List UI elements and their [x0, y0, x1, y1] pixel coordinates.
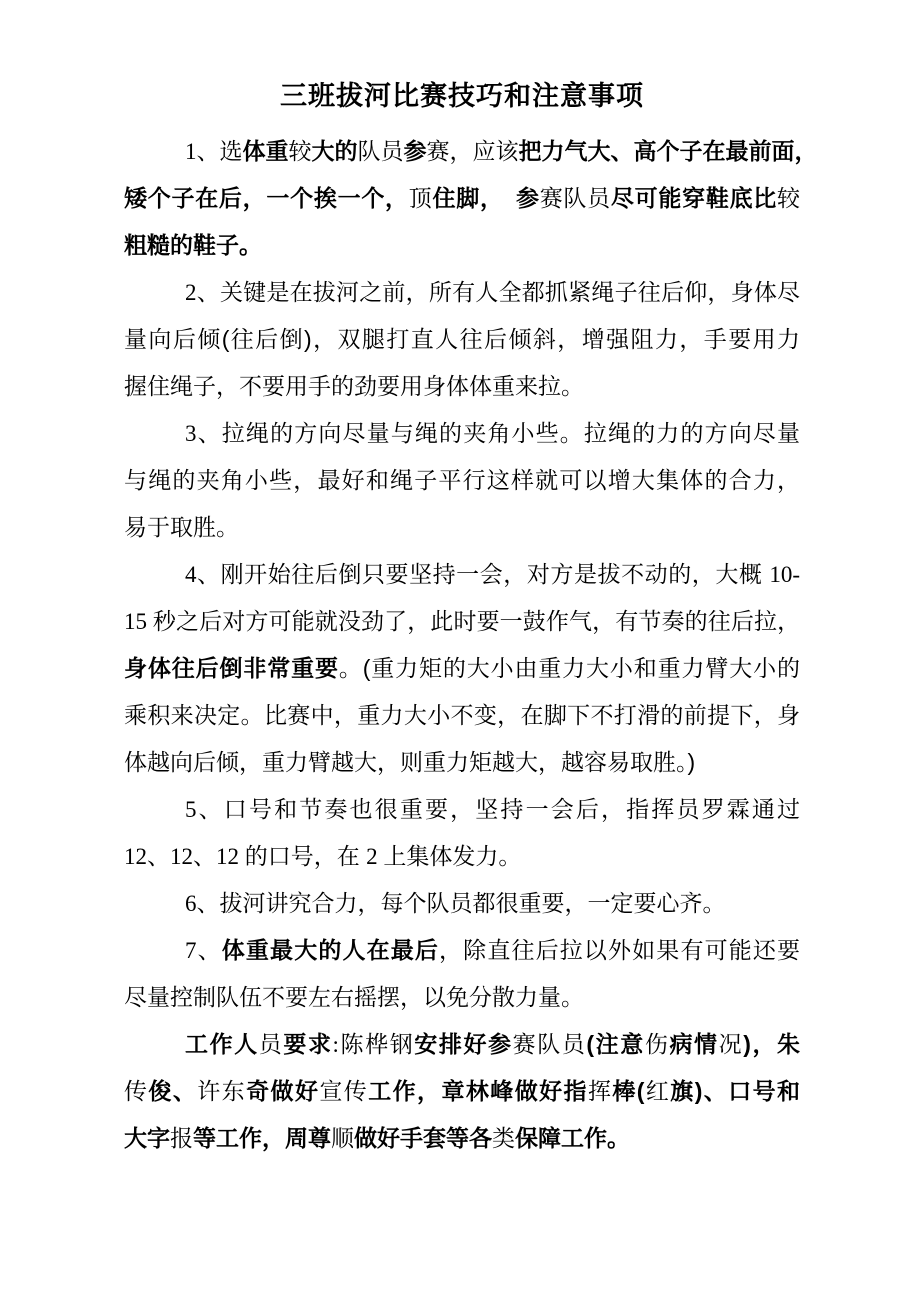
text-run: 5、 [185, 797, 224, 822]
text-run: 动 [645, 562, 669, 587]
text-run: 3、 [185, 421, 222, 446]
text-line: 工作人员要求:陈桦钢安排好参赛队员(注意伤病情况)，朱 [124, 1021, 800, 1068]
paragraph: 5、口号和节奏也很重要，坚持一会后，指挥员罗霖通过12、12、12 的口号，在 … [124, 786, 800, 880]
text-line: 3、拉绳的方向尽量与绳的夹角小些。拉绳的力的方向尽量 [124, 410, 800, 457]
text-line: 尽量控制队伍不要左右摇摆，以免分散力量。 [124, 974, 800, 1021]
text-run: 12、12、12 [124, 844, 245, 869]
text-run: 伤 [645, 1032, 670, 1057]
text-run: (注意 [586, 1031, 644, 1057]
paragraph: 4、刚开始往后倒只要坚持一会，对方是拔不动的，大概 10-15 秒之后对方可能就… [124, 551, 800, 786]
text-run: 究合力，每个 [289, 890, 427, 916]
text-run: 子往后仰，身体尽 [615, 279, 800, 305]
text-run: 的力的方向尽量 [632, 420, 800, 446]
text-run: 都很重要，一定要心 [473, 890, 680, 916]
text-line: 乘积来决定。比赛中，重力大小不变，在脚下不打滑的前提下，身 [124, 692, 800, 739]
text-line: 传俊、许东奇做好宣传工作，章林峰做好指挥棒(红旗)、口号和 [124, 1068, 800, 1115]
document-page: 三班拔河比赛技巧和注意事项 1、选体重较大的队员参赛，应该把力气大、高个子在最前… [0, 0, 920, 1302]
text-run: 倾 [508, 327, 532, 352]
text-run: ，在脚下不打滑的前提下，身 [497, 702, 800, 728]
text-run: 夹 [197, 468, 221, 493]
text-run: 过 [777, 797, 800, 822]
text-run: 。 [216, 514, 239, 540]
text-run: 体重 [243, 138, 289, 164]
text-run: 绳 [170, 374, 193, 399]
text-run: 10- [769, 562, 800, 587]
text-run: 报 [170, 1126, 193, 1151]
text-run: 的方向尽量与 [270, 420, 415, 446]
text-run: 身体往后倒非常重要 [124, 655, 339, 681]
text-run: 坚 [409, 562, 433, 587]
text-run: 胜 [193, 515, 216, 540]
text-run: 赛队员 [513, 1032, 587, 1057]
text-run: 量向后 [124, 326, 197, 352]
text-run: 持一会， [433, 561, 527, 587]
text-run: 要用身体体重来拉。 [377, 373, 584, 399]
text-run: 较 [289, 139, 312, 164]
text-run: 要求 [283, 1031, 332, 1057]
text-run: 摇摆 [354, 985, 400, 1010]
text-run: 绳 [415, 421, 439, 446]
text-run: 挥员罗 [651, 797, 726, 822]
text-run: 传 [124, 1079, 148, 1104]
text-run: 倾 [197, 327, 221, 352]
text-run: 的，大概 [668, 561, 769, 587]
text-run: 工作，章林峰做好指 [368, 1078, 588, 1104]
text-run: 角小些，最好和 [221, 467, 390, 493]
text-run: 拔河 [220, 890, 266, 916]
text-run: 保障工作。 [515, 1125, 630, 1151]
text-run: 赛 [287, 703, 310, 728]
text-run: 胜 [653, 750, 676, 775]
text-run: 拉 [222, 420, 246, 446]
text-run: 做好手套等各 [354, 1125, 492, 1151]
text-run: 的口号，在 [245, 843, 366, 869]
text-run: 员 [259, 1032, 284, 1057]
text-run: 与 [124, 467, 148, 493]
text-run: 节 [299, 797, 324, 822]
text-run: 劲 [354, 374, 377, 399]
text-run: 持一会后，指 [500, 796, 651, 822]
text-run: 绳 [608, 421, 632, 446]
text-run: 节 [638, 609, 661, 634]
text-run: 旗)、口号和 [670, 1078, 800, 1104]
text-run: 强 [606, 327, 630, 352]
text-run: 倾 [216, 750, 239, 775]
text-run: 的 [439, 420, 463, 446]
text-run: 伍不要左右 [239, 984, 354, 1010]
text-run: 粗糙的鞋子。 [124, 232, 262, 258]
text-run: 棒( [612, 1078, 644, 1104]
text-run: 则 [400, 750, 423, 775]
document-title: 三班拔河比赛技巧和注意事项 [124, 76, 800, 116]
text-run: 霖通 [727, 796, 777, 822]
text-run: 绳 [148, 468, 172, 493]
text-run: 上集体 [383, 843, 452, 869]
text-run: 重力矩越大，越容易取 [423, 749, 653, 775]
text-run: 握住 [124, 373, 170, 399]
paragraph: 工作人员要求:陈桦钢安排好参赛队员(注意伤病情况)，朱传俊、许东奇做好宣传工作，… [124, 1021, 800, 1162]
text-line: 矮个子在后，一个挨一个，顶住脚， 参赛队员尽可能穿鞋底比较 [124, 175, 800, 222]
text-run: 俊、 [148, 1078, 197, 1104]
text-run: 阻力，手要用力 [631, 326, 801, 352]
text-run: 2、 [185, 280, 220, 305]
paragraph: 2、关键是在拔河之前，所有人全都抓紧绳子往后仰，身体尽量向后倾(往后倒)，双腿打… [124, 269, 800, 410]
text-run: 挥 [588, 1079, 612, 1104]
text-line: 握住绳子，不要用手的劲要用身体体重来拉。 [124, 363, 800, 410]
text-run: 绳 [390, 468, 414, 493]
text-run: 要一鼓作气，有 [477, 608, 639, 634]
text-run: 劲 [361, 609, 384, 634]
text-run: 较 [777, 186, 800, 211]
text-line: 15 秒之后对方可能就没劲了，此时要一鼓作气，有节奏的往后拉， [124, 598, 800, 645]
text-run: 斜，增 [533, 326, 606, 352]
text-run: 易于取 [124, 514, 193, 540]
text-run: 奏的往后拉， [662, 608, 801, 634]
text-run: 讲 [266, 891, 289, 916]
text-line: 7、体重最大的人在最后，除直往后拉以外如果有可能还要 [124, 927, 800, 974]
text-run: (往后倒)，双腿打直人往后 [222, 326, 509, 352]
text-run: 7、 [185, 938, 222, 963]
text-run: )，朱 [743, 1031, 800, 1057]
text-run: 体越向后 [124, 749, 216, 775]
text-run: 赛，应该 [427, 139, 519, 164]
text-run: 6、 [185, 891, 220, 916]
text-run: 是在拔河之前，所有人全都抓 [266, 279, 568, 305]
text-run: 宣传 [319, 1079, 368, 1104]
text-run: 发 [452, 844, 475, 869]
text-run: 口号和 [224, 796, 299, 822]
text-run: 工作人 [185, 1031, 259, 1057]
text-run: 夹 [463, 421, 487, 446]
text-line: 体越向后倾，重力臂越大，则重力矩越大，越容易取胜。) [124, 739, 800, 786]
text-run: 15 [124, 609, 153, 634]
text-run: 就可以增大集体的合力， [535, 467, 800, 493]
text-run: ，重力臂越大， [239, 749, 400, 775]
text-run: 1、选 [185, 139, 243, 164]
text-run: 力。 [475, 843, 521, 869]
text-run: 奇做好 [246, 1078, 319, 1104]
text-run: 队员 [358, 139, 404, 164]
text-run: 时 [453, 609, 476, 634]
text-run: 许东 [197, 1079, 246, 1104]
text-run: 类 [492, 1126, 515, 1151]
text-run: 要 [777, 937, 800, 963]
text-line: 身体往后倒非常重要。(重力矩的大小由重力大小和重力臂大小的 [124, 645, 800, 692]
paragraph: 7、体重最大的人在最后，除直往后拉以外如果有可能还要尽量控制队伍不要左右摇摆，以… [124, 927, 800, 1021]
text-line: 量向后倾(往后倒)，双腿打直人往后倾斜，增强阻力，手要用力 [124, 316, 800, 363]
text-line: 1、选体重较大的队员参赛，应该把力气大、高个子在最前面， [124, 128, 800, 175]
text-run: 还 [753, 938, 777, 963]
text-run: 大字 [124, 1125, 170, 1151]
text-run: 队员 [427, 891, 473, 916]
text-line: 4、刚开始往后倒只要坚持一会，对方是拔不动的，大概 10- [124, 551, 800, 598]
text-line: 大字报等工作，周尊顺做好手套等各类保障工作。 [124, 1115, 800, 1162]
text-run: 关 [220, 279, 243, 305]
text-run: 尽可能穿鞋底比 [611, 185, 777, 211]
text-run: 顺 [331, 1126, 354, 1151]
text-run: 安排好参 [414, 1031, 512, 1057]
text-run: :陈桦钢 [333, 1032, 415, 1057]
text-run: 紧绳 [568, 280, 614, 305]
text-run: ，除直往后拉以外如果有可能 [439, 937, 753, 963]
text-run: 参 [404, 138, 427, 164]
text-run: 方是拔不 [550, 561, 644, 587]
text-line: 5、口号和节奏也很重要，坚持一会后，指挥员罗霖通过 [124, 786, 800, 833]
text-run: ，以免分散力量。 [400, 984, 584, 1010]
text-run: 4、刚 [185, 562, 244, 587]
text-run: 体重最大的人在最后 [222, 937, 439, 963]
text-run: 变 [474, 703, 497, 728]
text-run: 红 [644, 1079, 670, 1104]
text-line: 粗糙的鞋子。 [124, 222, 800, 269]
text-run: 方可能就没 [245, 608, 361, 634]
text-run: 秒之后 [153, 608, 222, 634]
text-run: 这样 [487, 468, 535, 493]
text-run: 坚 [475, 797, 500, 822]
text-run: 。) [676, 749, 695, 775]
text-run: 了，此 [384, 608, 453, 634]
text-line: 易于取胜。 [124, 504, 800, 551]
text-run: 把力气大、高个子在最前面， [519, 138, 818, 164]
text-run: 况 [719, 1032, 744, 1057]
text-run: 来决定。比 [171, 702, 288, 728]
text-run: 奏也很重要， [324, 796, 475, 822]
paragraph: 1、选体重较大的队员参赛，应该把力气大、高个子在最前面，矮个子在后，一个挨一个，… [124, 128, 800, 269]
text-run: 乘 [124, 702, 147, 728]
text-run: 绳 [246, 421, 270, 446]
document-content: 三班拔河比赛技巧和注意事项 1、选体重较大的队员参赛，应该把力气大、高个子在最前… [0, 0, 920, 1162]
text-run: 大的 [312, 138, 358, 164]
text-run: 等工作，周尊 [193, 1125, 331, 1151]
text-run: 子平行 [414, 467, 487, 493]
text-run: 中，重力大小不 [311, 702, 474, 728]
text-run: 对 [222, 609, 245, 634]
paragraph: 6、拔河讲究合力，每个队员都很重要，一定要心齐。 [124, 880, 800, 927]
text-run: 子，不要用手的 [193, 373, 354, 399]
text-run: 矮个子在后，一个挨一个， [124, 185, 409, 211]
text-run: 。(重力矩的大小由重力大小和重力臂大小的 [339, 655, 800, 681]
text-run: 队 [216, 985, 239, 1010]
text-run: 积 [147, 703, 170, 728]
text-run: 齐 [680, 891, 703, 916]
text-run: 键 [243, 280, 266, 305]
text-line: 2、关键是在拔河之前，所有人全都抓紧绳子往后仰，身体尽 [124, 269, 800, 316]
text-run: 顶 [409, 186, 433, 211]
text-line: 6、拔河讲究合力，每个队员都很重要，一定要心齐。 [124, 880, 800, 927]
text-line: 与绳的夹角小些，最好和绳子平行这样就可以增大集体的合力， [124, 457, 800, 504]
text-run: 对 [527, 562, 551, 587]
text-run: 的 [172, 467, 196, 493]
text-run: 尽量控制 [124, 984, 216, 1010]
text-run: 开始往后倒只要 [244, 561, 409, 587]
document-body: 1、选体重较大的队员参赛，应该把力气大、高个子在最前面，矮个子在后，一个挨一个，… [124, 128, 800, 1162]
text-run: 病情 [669, 1031, 718, 1057]
paragraph: 3、拉绳的方向尽量与绳的夹角小些。拉绳的力的方向尽量与绳的夹角小些，最好和绳子平… [124, 410, 800, 551]
text-run: 。 [703, 890, 726, 916]
text-run: 角小些。拉 [487, 420, 608, 446]
text-run: 住脚， 参 [433, 185, 540, 211]
text-run: 2 [366, 844, 383, 869]
text-run: 赛队员 [540, 186, 611, 211]
text-line: 12、12、12 的口号，在 2 上集体发力。 [124, 833, 800, 880]
